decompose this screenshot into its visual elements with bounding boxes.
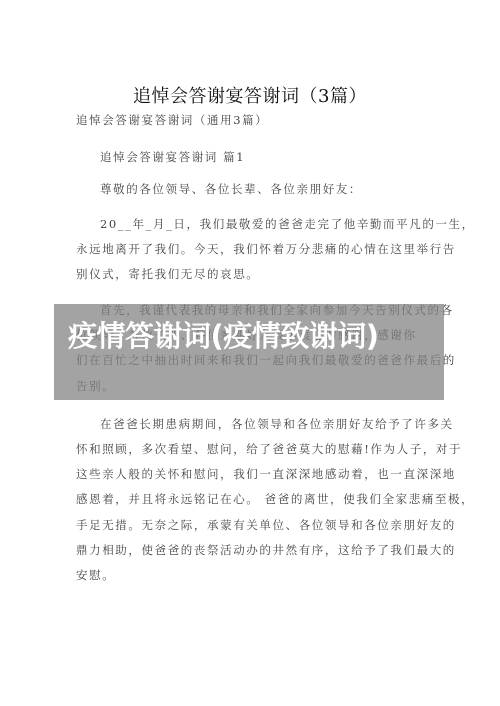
paragraph-line: 永远地离开了我们。今天，我们怀着万分悲痛的心情在这里举行告 [76, 241, 456, 257]
paragraph-line: 尊敬的各位领导、各位长辈、各位亲朋好友： [100, 181, 362, 197]
paragraph-line: 在爸爸长期患病期间，各位领导和各位亲朋好友给予了许多关 [100, 416, 454, 432]
paragraph-line: 别仪式，寄托我们无尽的哀思。 [76, 266, 259, 282]
paragraph-line: 感恩着，并且将永远铭记在心。 爸爸的离世，使我们全家悲痛至极， [76, 491, 474, 507]
overlay-title: 疫情答谢词(疫情致谢词) [68, 320, 428, 352]
paragraph-line: 安慰。 [76, 567, 115, 583]
paragraph-line: 怀和照顾，多次看望、慰问，给了爸爸莫大的慰藉!作为人子，对于 [76, 441, 462, 457]
paragraph-line: 这些亲人般的关怀和慰问，我们一直深深地感动着，也一直深深地 [76, 466, 456, 482]
paragraph-line: 手足无措。无奈之际，承蒙有关单位、各位领导和各位亲朋好友的 [76, 517, 456, 533]
paragraph-line: 鼎力相助，使爸爸的丧祭活动办的井然有序，这给予了我们最大的 [76, 542, 456, 558]
document-title: 追悼会答谢宴答谢词（3篇） [0, 82, 500, 108]
document-subtitle: 追悼会答谢宴答谢词（通用3篇） [76, 112, 268, 128]
paragraph-line: 20__年_月_日，我们最敬爱的爸爸走完了他辛勤而平凡的一生， [100, 216, 475, 232]
section-heading: 追悼会答谢宴答谢词 篇1 [100, 149, 245, 165]
